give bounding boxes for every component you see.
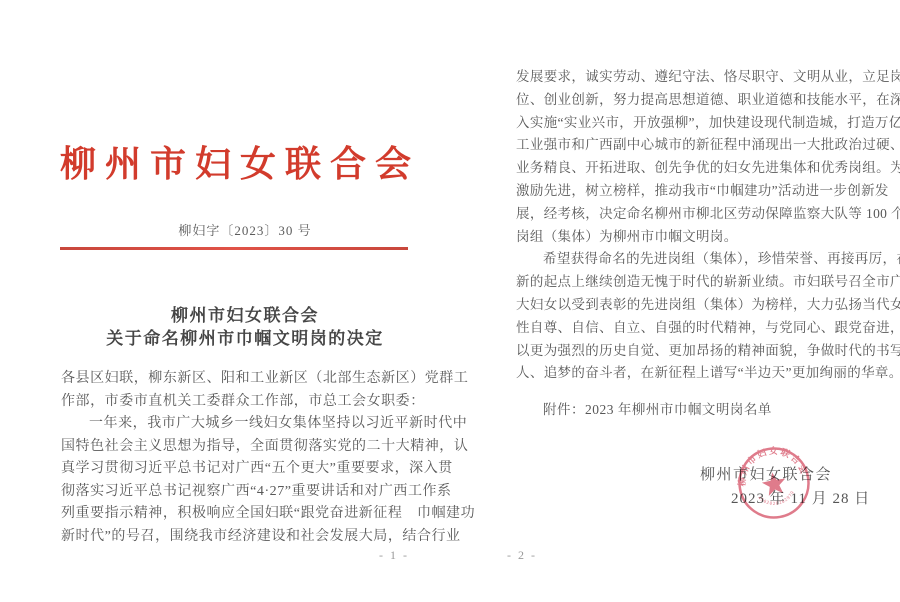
body-line: 性自尊、自信、自立、自强的时代精神，与党同心、跟党奋进， xyxy=(516,317,894,340)
body-line: 发展要求，诚实劳动、遵纪守法、恪尽职守、文明从业，立足岗 xyxy=(516,66,894,89)
attachment-note: 附件：2023 年柳州市巾帼文明岗名单 xyxy=(516,398,894,418)
body-line: 以更为强烈的历史自觉、更加昂扬的精神面貌，争做时代的书写 xyxy=(516,340,894,363)
document-reference-number: 柳妇字〔2023〕30 号 xyxy=(45,220,445,239)
body-line: 希望获得命名的先进岗组（集体），珍惜荣誉、再接再厉，在 xyxy=(516,248,894,271)
signature-organization: 柳州市妇女联合会 xyxy=(700,463,832,484)
body-line: 人、追梦的奋斗者，在新征程上谱写“半边天”更加绚丽的华章。 xyxy=(516,362,894,385)
letterhead-divider-rule xyxy=(60,247,408,250)
scanned-document: 柳州市妇女联合会 柳妇字〔2023〕30 号 柳州市妇女联合会 关于命名柳州市巾… xyxy=(0,0,900,602)
letterhead-org-title: 柳州市妇女联合会 xyxy=(40,136,440,187)
body-line: 国特色社会主义思想为指导，全面贯彻落实党的二十大精神，认 xyxy=(61,436,457,459)
page1-body: 各县区妇联，柳东新区、阳和工业新区（北部生态新区）党群工 作部，市委市直机关工委… xyxy=(61,368,457,548)
document-title-line-1: 柳州市妇女联合会 xyxy=(45,301,445,326)
body-line: 各县区妇联，柳东新区、阳和工业新区（北部生态新区）党群工 xyxy=(61,368,457,391)
body-line: 列重要指示精神，积极响应全国妇联“跟党奋进新征程 巾帼建功 xyxy=(61,503,457,526)
body-line: 业务精良、开拓进取、创先争优的妇女先进集体和优秀岗组。为 xyxy=(516,157,894,180)
body-line: 新的起点上继续创造无愧于时代的崭新业绩。市妇联号召全市广 xyxy=(516,271,894,294)
page-number-1: - 1 - xyxy=(379,548,409,563)
body-line: 一年来，我市广大城乡一线妇女集体坚持以习近平新时代中 xyxy=(61,413,457,436)
signature-date: 2023 年 11 月 28 日 xyxy=(731,487,870,508)
body-line: 激励先进，树立榜样，推动我市“巾帼建功”活动进一步创新发 xyxy=(516,180,894,203)
body-line: 工业强市和广西副中心城市的新征程中涌现出一大批政治过硬、 xyxy=(516,134,894,157)
body-line: 入实施“实业兴市，开放强柳”，加快建设现代制造城，打造万亿 xyxy=(516,112,894,135)
body-line: 真学习贯彻习近平总书记对广西“五个更大”重要要求，深入贯 xyxy=(61,458,457,481)
body-line: 岗组（集体）为柳州市巾帼文明岗。 xyxy=(516,226,894,249)
page2-body: 发展要求，诚实劳动、遵纪守法、恪尽职守、文明从业，立足岗 位、创业创新，努力提高… xyxy=(516,66,894,385)
body-line: 新时代”的号召，围绕我市经济建设和社会发展大局，结合行业 xyxy=(61,526,457,549)
page-number-2: - 2 - xyxy=(507,548,537,563)
body-line: 展，经考核，决定命名柳州市柳北区劳动保障监察大队等 100 个 xyxy=(516,203,894,226)
body-line: 位、创业创新，努力提高思想道德、职业道德和技能水平，在深 xyxy=(516,89,894,112)
body-line: 彻落实习近平总书记视察广西“4·27”重要讲话和对广西工作系 xyxy=(61,481,457,504)
document-title-line-2: 关于命名柳州市巾帼文明岗的决定 xyxy=(45,324,445,349)
body-line: 大妇女以受到表彰的先进岗组（集体）为榜样，大力弘扬当代女 xyxy=(516,294,894,317)
body-line: 作部，市委市直机关工委群众工作部，市总工会女职委： xyxy=(61,391,457,414)
